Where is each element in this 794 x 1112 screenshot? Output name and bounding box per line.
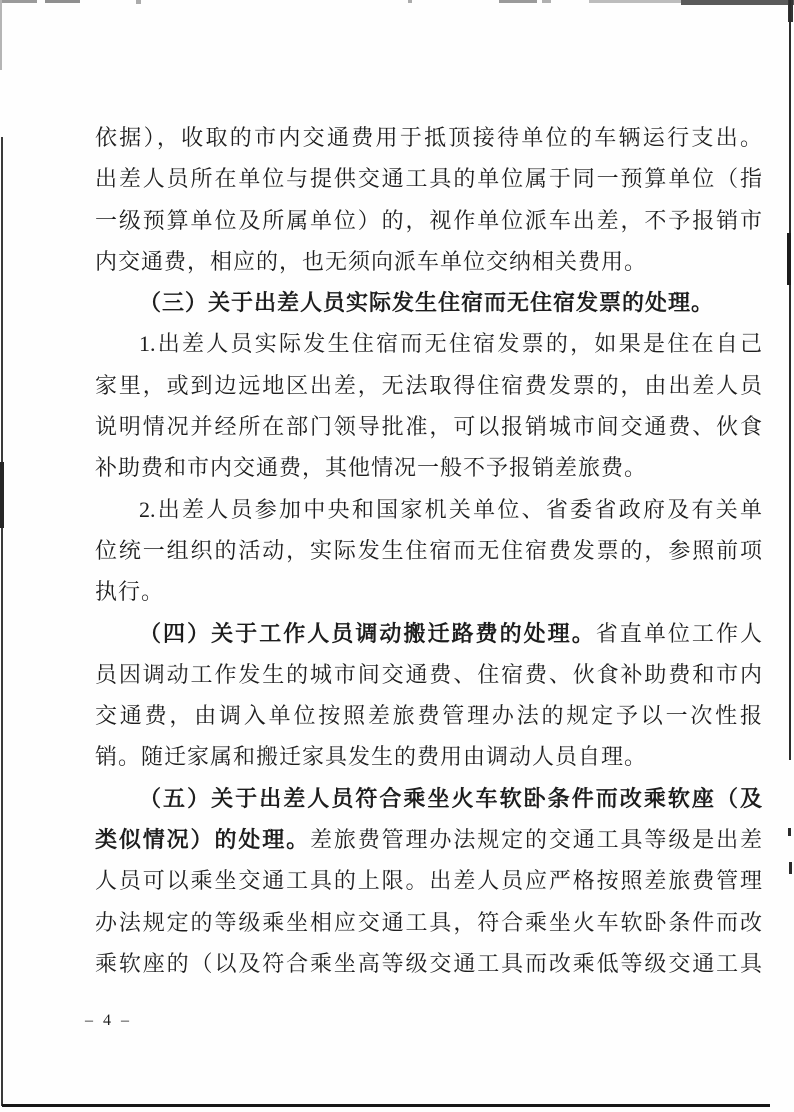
text-line: 说明情况并经所在部门领导批准，可以报销城市间交通费、伙食 [95,406,762,447]
text-line: 执行。 [95,571,762,612]
scan-artifact-top-strip [0,0,37,3]
body-text: 交通费，由调入单位按照差旅费管理办法的规定予以一次性报 [95,703,762,728]
body-text: 员因调动工作发生的城市间交通费、住宿费、伙食补助费和市内 [95,662,762,687]
body-text: 依据），收取的市内交通费用于抵顶接待单位的车辆运行支出。 [95,125,762,150]
text-line: 家里，或到边远地区出差，无法取得住宿费发票的，由出差人员 [95,365,762,406]
body-text: 补助费和市内交通费，其他情况一般不予报销差旅费。 [95,455,647,480]
scan-artifact-bottom-edge-line [2,1104,770,1107]
text-line: 2.出差人员参加中央和国家机关单位、省委省政府及有关单 [95,489,762,530]
text-line: 内交通费，相应的，也无须向派车单位交纳相关费用。 [95,241,762,282]
text-line: 依据），收取的市内交通费用于抵顶接待单位的车辆运行支出。 [95,117,762,158]
page-number: – 4 – [85,1012,132,1030]
body-text: 内交通费，相应的，也无须向派车单位交纳相关费用。 [95,249,647,274]
body-text: 办法规定的等级乘坐相应交通工具，符合乘坐火车软卧条件而改 [95,910,762,935]
body-text: 一级预算单位及所属单位）的，视作单位派车出差，不予报销市 [95,208,762,233]
scan-artifact-left-edge-light [0,0,2,70]
body-text: 省直单位工作人 [596,621,762,646]
text-line: 办法规定的等级乘坐相应交通工具，符合乘坐火车软卧条件而改 [95,902,762,943]
scan-artifact-left-edge-blob [0,462,4,528]
text-line: 一级预算单位及所属单位）的，视作单位派车出差，不予报销市 [95,200,762,241]
text-line: （三）关于出差人员实际发生住宿而无住宿发票的处理。 [95,282,762,323]
text-line: （四）关于工作人员调动搬迁路费的处理。省直单位工作人 [95,613,762,654]
text-line: （五）关于出差人员符合乘坐火车软卧条件而改乘软座（及 [95,778,762,819]
body-text: 人员可以乘坐交通工具的上限。出差人员应严格按照差旅费管理 [95,868,762,893]
heading-text: （四）关于工作人员调动搬迁路费的处理。 [139,621,596,646]
text-line: 1.出差人员实际发生住宿而无住宿发票的，如果是住在自己 [95,323,762,364]
body-text: 家里，或到边远地区出差，无法取得住宿费发票的，由出差人员 [95,373,762,398]
body-text: 执行。 [95,579,164,604]
text-line: 类似情况）的处理。差旅费管理办法规定的交通工具等级是出差 [95,819,762,860]
body-text: 销。随迁家属和搬迁家具发生的费用由调动人员自理。 [95,744,647,769]
heading-text: （五）关于出差人员符合乘坐火车软卧条件而改乘软座（及 [139,786,762,811]
body-text: 说明情况并经所在部门领导批准，可以报销城市间交通费、伙食 [95,414,762,439]
document-lines: 依据），收取的市内交通费用于抵顶接待单位的车辆运行支出。出差人员所在单位与提供交… [95,117,762,984]
body-text: 乘软座的（以及符合乘坐高等级交通工具而改乘低等级交通工具 [95,951,762,976]
text-line: 乘软座的（以及符合乘坐高等级交通工具而改乘低等级交通工具 [95,943,762,984]
scan-artifact-top-strip-dark [681,0,794,5]
scan-artifact-top-tick [136,0,141,4]
body-text: 1.出差人员实际发生住宿而无住宿发票的，如果是住在自己 [139,331,762,356]
text-line: 人员可以乘坐交通工具的上限。出差人员应严格按照差旅费管理 [95,860,762,901]
heading-text: 类似情况）的处理。 [95,827,310,852]
text-line: 出差人员所在单位与提供交通工具的单位属于同一预算单位（指 [95,158,762,199]
scan-artifact-top-tick [408,0,412,3]
body-text: 出差人员所在单位与提供交通工具的单位属于同一预算单位（指 [95,166,762,191]
scan-artifact-right-edge-line [789,0,791,760]
scan-artifact-left-edge-line [1,137,3,1106]
body-text: 差旅费管理办法规定的交通工具等级是出差 [310,827,762,852]
scan-artifact-top-strip [499,0,537,3]
text-line: 销。随迁家属和搬迁家具发生的费用由调动人员自理。 [95,736,762,777]
scan-artifact-right-edge-blob [787,233,791,285]
body-text: 位统一组织的活动，实际发生住宿而无住宿费发票的，参照前项 [95,538,762,563]
scan-artifact-right-speck [789,862,792,874]
heading-text: （三）关于出差人员实际发生住宿而无住宿发票的处理。 [139,290,714,315]
body-text: 2.出差人员参加中央和国家机关单位、省委省政府及有关单 [139,497,762,522]
scan-artifact-top-strip [45,0,80,3]
scan-artifact-top-tick [542,0,551,3]
scanned-document-page: 依据），收取的市内交通费用于抵顶接待单位的车辆运行支出。出差人员所在单位与提供交… [0,0,794,1112]
scan-artifact-top-strip [589,0,681,3]
text-line: 交通费，由调入单位按照差旅费管理办法的规定予以一次性报 [95,695,762,736]
text-line: 补助费和市内交通费，其他情况一般不予报销差旅费。 [95,447,762,488]
text-line: 员因调动工作发生的城市间交通费、住宿费、伙食补助费和市内 [95,654,762,695]
text-line: 位统一组织的活动，实际发生住宿而无住宿费发票的，参照前项 [95,530,762,571]
scan-artifact-right-speck [788,828,791,836]
